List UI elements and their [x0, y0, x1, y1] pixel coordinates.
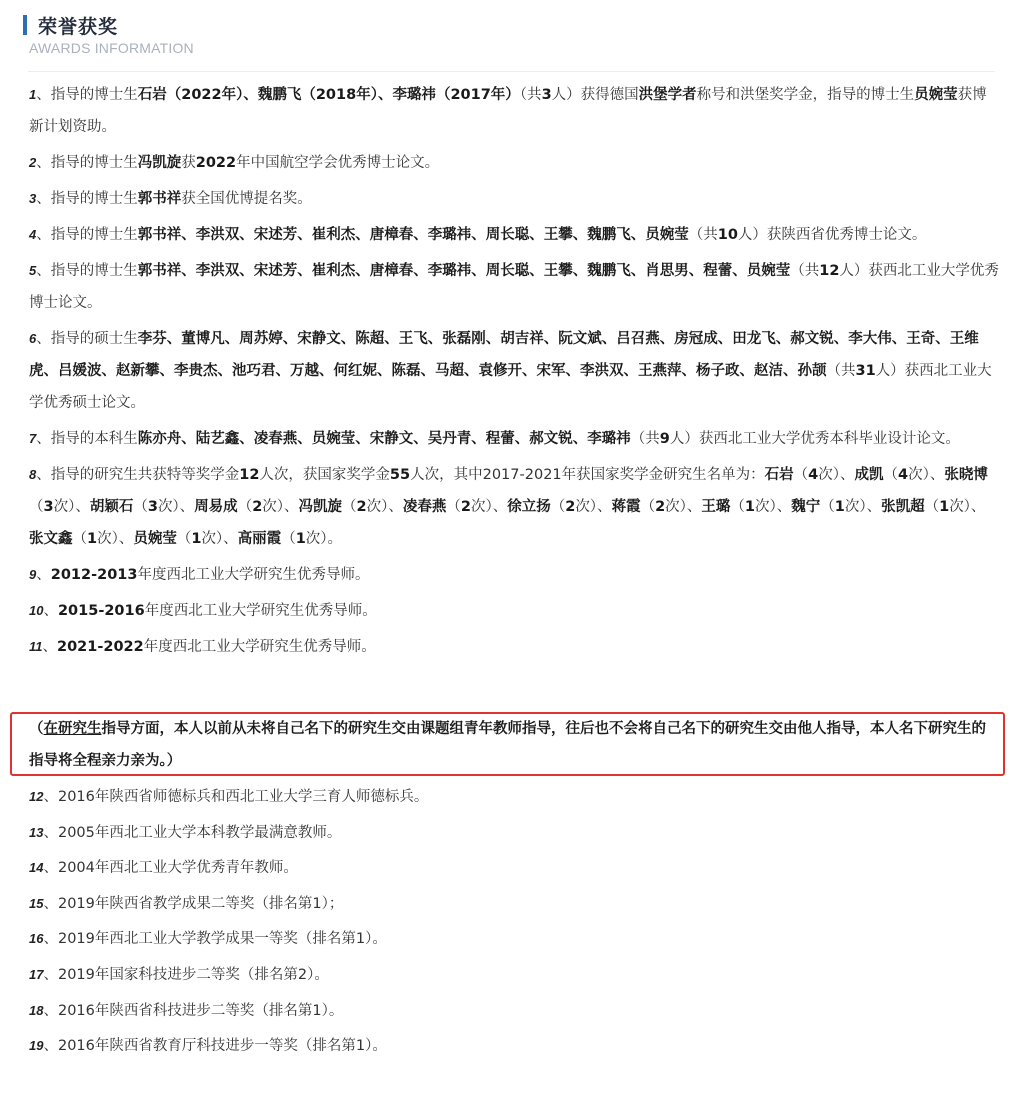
highlighted-text: 2015-2016: [58, 603, 145, 619]
item-text: 获: [181, 155, 196, 171]
note-underlined: 在研究生: [44, 721, 102, 737]
item-text: 指导的博士生: [51, 87, 138, 103]
highlighted-text: 胡颖石: [90, 499, 134, 515]
item-separator: 、: [43, 860, 58, 876]
award-item: 16、2019年西北工业大学教学成果一等奖（排名第1）。: [29, 923, 999, 955]
item-separator: 、: [36, 431, 51, 447]
item-text: （: [177, 531, 192, 547]
item-text: （: [925, 499, 940, 515]
item-separator: 、: [43, 603, 58, 619]
highlighted-text: 周易成: [194, 499, 238, 515]
item-text: （共: [827, 363, 856, 379]
highlighted-text: 3: [44, 499, 54, 515]
highlighted-text: 2012-2013: [51, 567, 138, 583]
supervision-note: （在研究生指导方面，本人以前从未将自己名下的研究生交由课题组青年教师指导，往后也…: [29, 713, 999, 777]
item-number: 15: [29, 896, 43, 911]
highlighted-text: 徐立扬: [507, 499, 551, 515]
highlighted-text: 3: [148, 499, 158, 515]
item-separator: 、: [43, 825, 58, 841]
highlighted-text: 张文鑫: [29, 531, 73, 547]
item-text: （共: [790, 263, 819, 279]
highlighted-text: 9: [660, 431, 670, 447]
item-text: （: [446, 499, 461, 515]
item-text: 次）、: [54, 499, 90, 515]
highlighted-text: 张凯超: [881, 499, 925, 515]
item-text: 指导的博士生: [51, 263, 138, 279]
award-item: 7、指导的本科生陈亦舟、陆艺鑫、凌春燕、员婉莹、宋静文、吴丹青、程蕾、郝文锐、李…: [29, 423, 999, 455]
item-text: 年度西北工业大学研究生优秀导师。: [144, 639, 376, 655]
highlighted-text: 10: [718, 227, 738, 243]
item-text: 次）、: [845, 499, 881, 515]
highlighted-text: 王璐: [701, 499, 730, 515]
item-text: （: [342, 499, 357, 515]
item-separator: 、: [43, 1038, 58, 1054]
info-bar-icon: [23, 15, 27, 35]
item-text: 指导的博士生: [51, 155, 138, 171]
item-number: 19: [29, 1038, 43, 1053]
item-text: 2019年西北工业大学教学成果一等奖（排名第1）。: [58, 931, 387, 947]
item-text: 人）获得德国: [552, 87, 639, 103]
highlighted-text: 12: [819, 263, 839, 279]
section-header: 荣誉获奖 AWARDS INFORMATION: [22, 10, 118, 40]
highlighted-text: 魏宁: [791, 499, 820, 515]
item-separator: 、: [43, 639, 58, 655]
award-item: 9、2012-2013年度西北工业大学研究生优秀导师。: [29, 559, 999, 591]
award-item: 17、2019年国家科技进步二等奖（排名第2）。: [29, 959, 999, 991]
item-text: （: [794, 467, 809, 483]
award-item: 8、指导的研究生共获特等奖学金12人次，获国家奖学金55人次，其中2017-20…: [29, 459, 999, 555]
highlighted-text: 12: [239, 467, 259, 483]
highlighted-text: 郭书祥: [138, 191, 182, 207]
item-text: 次）、: [818, 467, 854, 483]
item-text: 次）、: [949, 499, 985, 515]
highlighted-text: 1: [939, 499, 949, 515]
highlighted-text: 1: [835, 499, 845, 515]
item-text: 获全国优博提名奖。: [181, 191, 312, 207]
item-separator: 、: [36, 331, 51, 347]
item-text: 次）、: [755, 499, 791, 515]
item-text: 人次，获国家奖学金: [259, 467, 390, 483]
item-text: （: [73, 531, 88, 547]
item-separator: 、: [43, 967, 58, 983]
highlighted-text: 郭书祥、李洪双、宋述芳、崔利杰、唐樟春、李璐祎、周长聪、王攀、魏鹏飞、肖思男、程…: [138, 263, 791, 279]
highlighted-text: 1: [191, 531, 201, 547]
item-text: 2019年陕西省教学成果二等奖（排名第1）；: [58, 896, 343, 912]
item-text: 指导的本科生: [51, 431, 138, 447]
item-separator: 、: [43, 896, 58, 912]
item-text: 2005年西北工业大学本科教学最满意教师。: [58, 825, 341, 841]
item-separator: 、: [36, 155, 51, 171]
item-text: 次）、: [201, 531, 237, 547]
item-text: 2016年陕西省科技进步二等奖（排名第1）。: [58, 1003, 343, 1019]
item-text: 2019年国家科技进步二等奖（排名第2）。: [58, 967, 329, 983]
highlighted-text: 冯凯旋: [138, 155, 182, 171]
highlighted-text: 3: [542, 87, 552, 103]
highlighted-text: 1: [296, 531, 306, 547]
award-item: 4、指导的博士生郭书祥、李洪双、宋述芳、崔利杰、唐樟春、李璐祎、周长聪、王攀、魏…: [29, 219, 999, 251]
item-text: （共: [689, 227, 718, 243]
highlighted-text: 2: [461, 499, 471, 515]
item-separator: 、: [36, 191, 51, 207]
award-item: 14、2004年西北工业大学优秀青年教师。: [29, 852, 999, 884]
item-number: 16: [29, 931, 43, 946]
highlighted-text: 张晓博: [944, 467, 988, 483]
item-number: 10: [29, 603, 43, 618]
item-number: 14: [29, 860, 43, 875]
item-text: 人）获西北工业大学优秀本科毕业设计论文。: [670, 431, 960, 447]
highlighted-text: 1: [745, 499, 755, 515]
item-text: （共: [520, 87, 542, 103]
highlighted-text: 2: [252, 499, 262, 515]
highlighted-text: 石岩（2022年）、魏鹏飞（2018年）、李璐祎（2017年）: [138, 87, 520, 103]
highlighted-text: 2: [357, 499, 367, 515]
item-text: 年度西北工业大学研究生优秀导师。: [137, 567, 369, 583]
item-number: 18: [29, 1003, 43, 1018]
awards-list: 1、指导的博士生石岩（2022年）、魏鹏飞（2018年）、李璐祎（2017年）（…: [29, 79, 999, 667]
highlighted-text: 蒋霞: [612, 499, 641, 515]
header-divider: [28, 71, 995, 72]
item-separator: 、: [36, 87, 51, 103]
item-number: 12: [29, 789, 43, 804]
item-text: 指导的博士生: [51, 227, 138, 243]
item-separator: 、: [36, 567, 51, 583]
award-item: 19、2016年陕西省教育厅科技进步一等奖（排名第1）。: [29, 1030, 999, 1062]
section-title: 荣誉获奖: [38, 12, 118, 39]
item-text: （: [29, 499, 44, 515]
item-separator: 、: [36, 227, 51, 243]
award-item: 15、2019年陕西省教学成果二等奖（排名第1）；: [29, 888, 999, 920]
item-text: 人）获陕西省优秀博士论文。: [738, 227, 927, 243]
award-item: 13、2005年西北工业大学本科教学最满意教师。: [29, 817, 999, 849]
item-text: 2016年陕西省师德标兵和西北工业大学三育人师德标兵。: [58, 789, 428, 805]
item-text: 称号和洪堡奖学金，指导的博士生: [697, 87, 915, 103]
highlighted-text: 2: [565, 499, 575, 515]
item-number: 13: [29, 825, 43, 840]
highlighted-text: 2: [655, 499, 665, 515]
item-text: 次）。: [306, 531, 342, 547]
item-text: 指导的博士生: [51, 191, 138, 207]
item-text: 次）、: [262, 499, 298, 515]
highlighted-text: 2021-2022: [57, 639, 144, 655]
highlighted-text: 冯凯旋: [299, 499, 343, 515]
highlighted-text: 员婉莹: [133, 531, 177, 547]
item-text: （: [238, 499, 253, 515]
award-item: 10、2015-2016年度西北工业大学研究生优秀导师。: [29, 595, 999, 627]
highlighted-text: 石岩: [765, 467, 794, 483]
highlighted-text: 成凯: [855, 467, 884, 483]
item-number: 11: [29, 639, 43, 654]
award-item: 18、2016年陕西省科技进步二等奖（排名第1）。: [29, 995, 999, 1027]
item-text: （: [133, 499, 148, 515]
item-separator: 、: [36, 467, 51, 483]
highlighted-text: 4: [898, 467, 908, 483]
highlighted-text: 凌春燕: [403, 499, 447, 515]
item-text: 次）、: [575, 499, 611, 515]
award-item: 5、指导的博士生郭书祥、李洪双、宋述芳、崔利杰、唐樟春、李璐祎、周长聪、王攀、魏…: [29, 255, 999, 319]
item-separator: 、: [43, 1003, 58, 1019]
award-item: 2、指导的博士生冯凯旋获2022年中国航空学会优秀博士论文。: [29, 147, 999, 179]
item-text: 指导的硕士生: [51, 331, 138, 347]
highlighted-text: 4: [808, 467, 818, 483]
award-item: 11、2021-2022年度西北工业大学研究生优秀导师。: [29, 631, 999, 663]
item-text: （: [730, 499, 745, 515]
section-subtitle: AWARDS INFORMATION: [29, 40, 194, 56]
item-text: 2004年西北工业大学优秀青年教师。: [58, 860, 298, 876]
item-text: 次）、: [908, 467, 944, 483]
item-text: （: [281, 531, 296, 547]
award-item: 6、指导的硕士生李芬、董博凡、周苏婷、宋静文、陈超、王飞、张磊刚、胡吉祥、阮文斌…: [29, 323, 999, 419]
item-text: （共: [631, 431, 660, 447]
item-text: 人次，其中2017-2021年获国家奖学金研究生名单为：: [410, 467, 765, 483]
item-text: （: [641, 499, 656, 515]
item-separator: 、: [36, 263, 51, 279]
highlighted-text: 55: [390, 467, 410, 483]
award-item: 3、指导的博士生郭书祥获全国优博提名奖。: [29, 183, 999, 215]
item-text: （: [551, 499, 566, 515]
item-number: 17: [29, 967, 43, 982]
award-item: 12、2016年陕西省师德标兵和西北工业大学三育人师德标兵。: [29, 781, 999, 813]
item-text: （: [884, 467, 899, 483]
item-text: 年度西北工业大学研究生优秀导师。: [145, 603, 377, 619]
item-text: 2016年陕西省教育厅科技进步一等奖（排名第1）。: [58, 1038, 387, 1054]
item-text: 次）、: [665, 499, 701, 515]
awards-list-continued: 12、2016年陕西省师德标兵和西北工业大学三育人师德标兵。13、2005年西北…: [29, 781, 999, 1066]
highlighted-text: 高丽霞: [238, 531, 282, 547]
item-text: 次）、: [158, 499, 194, 515]
item-text: 指导的研究生共获特等奖学金: [51, 467, 240, 483]
note-body: 指导方面，本人以前从未将自己名下的研究生交由课题组青年教师指导，往后也不会将自己…: [29, 721, 986, 769]
item-text: 次）、: [367, 499, 403, 515]
item-text: 年中国航空学会优秀博士论文。: [236, 155, 439, 171]
highlighted-text: 陈亦舟、陆艺鑫、凌春燕、员婉莹、宋静文、吴丹青、程蕾、郝文锐、李璐祎: [138, 431, 631, 447]
highlighted-text: 员婉莹: [914, 87, 958, 103]
item-separator: 、: [43, 931, 58, 947]
award-item: 1、指导的博士生石岩（2022年）、魏鹏飞（2018年）、李璐祎（2017年）（…: [29, 79, 999, 143]
highlighted-text: 31: [856, 363, 876, 379]
highlighted-text: 洪堡学者: [639, 87, 697, 103]
item-text: 次）、: [97, 531, 133, 547]
item-text: （: [820, 499, 835, 515]
item-text: 次）、: [471, 499, 507, 515]
highlighted-text: 2022: [196, 155, 236, 171]
highlighted-text: 1: [87, 531, 97, 547]
highlighted-text: 郭书祥、李洪双、宋述芳、崔利杰、唐樟春、李璐祎、周长聪、王攀、魏鹏飞、员婉莹: [138, 227, 689, 243]
item-separator: 、: [43, 789, 58, 805]
